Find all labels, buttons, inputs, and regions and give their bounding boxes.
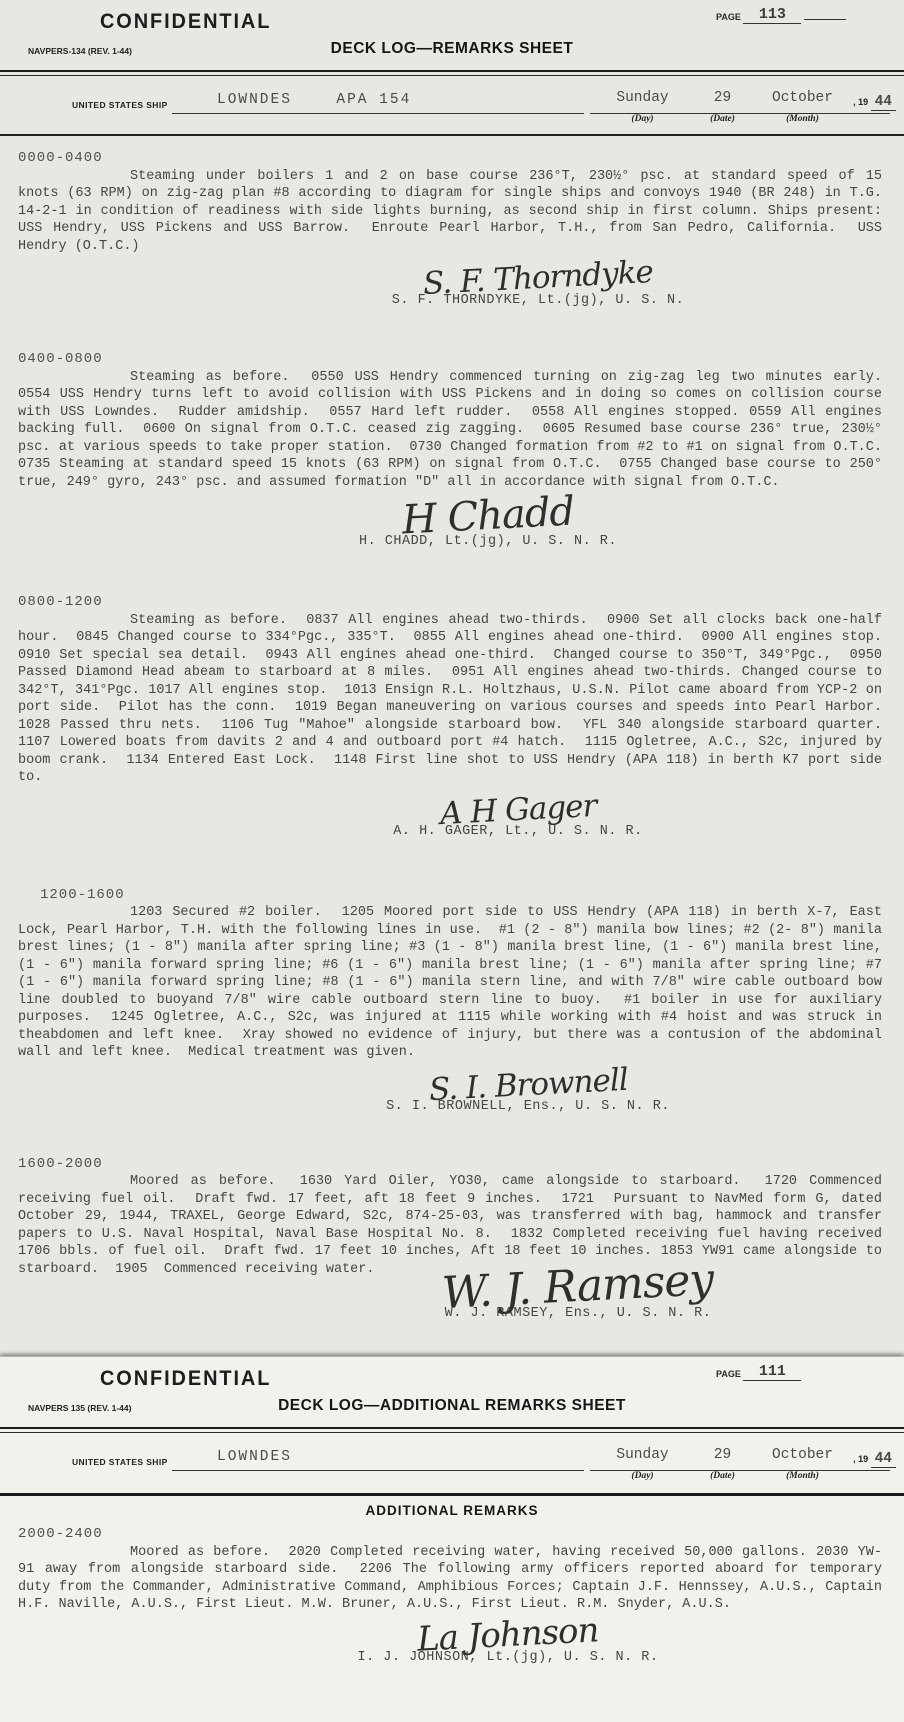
date-month-value: October (750, 1447, 855, 1470)
year-field: , 19 44 (853, 94, 896, 110)
log-text: Moored as before. 2020 Completed receivi… (18, 1544, 882, 1614)
year-field: , 19 44 (853, 1451, 896, 1467)
deck-log-remarks-page: CONFIDENTIAL PAGE 113 NAVPERS-134 (REV. … (0, 0, 904, 1356)
confidential-stamp: CONFIDENTIAL (100, 1367, 271, 1391)
year-value: 44 (871, 1451, 896, 1468)
year-value: 44 (871, 94, 896, 111)
page-label: PAGE (716, 12, 741, 22)
watch-entry-0800-1200: 0800-1200 Steaming as before. 0837 All e… (18, 594, 882, 841)
signature-script: S. I. Brownell (428, 1064, 628, 1104)
watch-heading: 1600-2000 (18, 1156, 882, 1174)
page1-log-body: 0000-0400 Steaming under boilers 1 and 2… (0, 150, 904, 1322)
log-text: Steaming as before. 0550 USS Hendry comm… (18, 369, 882, 492)
watch-entry-0400-0800: 0400-0800 Steaming as before. 0550 USS H… (18, 351, 882, 550)
watch-heading: 0400-0800 (18, 351, 882, 369)
ship-date-row: UNITED STATES SHIP LOWNDES Sunday 29 Oct… (0, 1447, 904, 1489)
header-bottom-rule (0, 134, 904, 136)
log-text: Moored as before. 1630 Yard Oiler, YO30,… (18, 1173, 882, 1278)
month-label: (Month) (750, 1471, 855, 1481)
page1-header: CONFIDENTIAL PAGE 113 NAVPERS-134 (REV. … (0, 0, 904, 136)
signature-script: La Johnson (417, 1615, 600, 1654)
document-title: DECK LOG—ADDITIONAL REMARKS SHEET (0, 1397, 904, 1415)
signature-script: H Chadd (401, 497, 574, 536)
page2-header: CONFIDENTIAL PAGE 111 NAVPERS 135 (REV. … (0, 1357, 904, 1518)
date-field: Sunday 29 October , 19 44 (Day) (Date) (… (590, 1447, 890, 1481)
date-labels: (Day) (Date) (Month) (590, 1471, 890, 1481)
page-number-field: PAGE 113 (716, 8, 876, 26)
signature-script: A H Gager (439, 790, 597, 828)
confidential-stamp: CONFIDENTIAL (100, 10, 271, 34)
page-number-field: PAGE 111 (716, 1365, 876, 1383)
signature-script: W. J. Ramsey (442, 1265, 714, 1309)
title-row: NAVPERS-134 (REV. 1-44) DECK LOG—REMARKS… (0, 40, 904, 62)
watch-heading: 1200-1600 (40, 887, 882, 905)
date-date-value: 29 (695, 1447, 750, 1470)
ship-label: UNITED STATES SHIP (72, 1457, 168, 1467)
watch-entry-1600-2000: 1600-2000 Moored as before. 1630 Yard Oi… (18, 1156, 882, 1323)
watch-heading: 0800-1200 (18, 594, 882, 612)
date-values: Sunday 29 October (590, 1447, 890, 1471)
date-date-value: 29 (695, 90, 750, 113)
year-prefix: , 19 (853, 1454, 868, 1464)
title-row: NAVPERS 135 (REV. 1-44) DECK LOG—ADDITIO… (0, 1397, 904, 1419)
date-labels: (Day) (Date) (Month) (590, 114, 890, 124)
ship-name-value: LOWNDES (172, 1449, 292, 1465)
ship-label: UNITED STATES SHIP (72, 100, 168, 110)
ship-name-field: LOWNDES (172, 1447, 584, 1471)
month-label: (Month) (750, 114, 855, 124)
double-rule (0, 1427, 904, 1433)
document-title: DECK LOG—REMARKS SHEET (0, 40, 904, 58)
double-rule (0, 70, 904, 76)
log-text: Steaming as before. 0837 All engines ahe… (18, 612, 882, 787)
log-text: 1203 Secured #2 boiler. 1205 Moored port… (18, 904, 882, 1062)
signature-block: La Johnson I. J. JOHNSON, Lt.(jg), U. S.… (278, 1620, 738, 1667)
day-label: (Day) (590, 1471, 695, 1481)
page2-log-body: 2000-2400 Moored as before. 2020 Complet… (0, 1526, 904, 1667)
log-text: Steaming under boilers 1 and 2 on base c… (18, 168, 882, 256)
header-bottom-rule (0, 1493, 904, 1496)
signature-block: A H Gager A. H. GAGER, Lt., U. S. N. R. (288, 795, 748, 841)
watch-heading: 0000-0400 (18, 150, 882, 168)
date-values: Sunday 29 October (590, 90, 890, 114)
ship-name-field: LOWNDES APA 154 (172, 90, 584, 114)
day-label: (Day) (590, 114, 695, 124)
page-label: PAGE (716, 1369, 741, 1379)
date-day-value: Sunday (590, 90, 695, 113)
signature-block: S. I. Brownell S. I. BROWNELL, Ens., U. … (298, 1070, 758, 1116)
page-number-value: 111 (743, 1363, 801, 1381)
watch-heading: 2000-2400 (18, 1526, 882, 1544)
watch-entry-2000-2400: 2000-2400 Moored as before. 2020 Complet… (18, 1526, 882, 1667)
deck-log-additional-remarks-page: CONFIDENTIAL PAGE 111 NAVPERS 135 (REV. … (0, 1356, 904, 1722)
signature-block: S. F. Thorndyke S. F. THORNDYKE, Lt.(jg)… (308, 263, 768, 309)
signature-block: W. J. Ramsey W. J. RAMSEY, Ens., U. S. N… (348, 1272, 808, 1322)
date-field: Sunday 29 October , 19 44 (Day) (Date) (… (590, 90, 890, 124)
ship-hull-value: APA 154 (296, 92, 411, 108)
ship-date-row: UNITED STATES SHIP LOWNDES APA 154 Sunda… (0, 90, 904, 132)
date-month-value: October (750, 90, 855, 113)
date-day-value: Sunday (590, 1447, 695, 1470)
date-label: (Date) (695, 1471, 750, 1481)
year-prefix: , 19 (853, 97, 868, 107)
signature-block: H Chadd H. CHADD, Lt.(jg), U. S. N. R. (258, 501, 718, 550)
ship-name-value: LOWNDES (172, 92, 292, 108)
watch-entry-0000-0400: 0000-0400 Steaming under boilers 1 and 2… (18, 150, 882, 309)
page-number-value: 113 (743, 6, 801, 24)
page-number-blank-line (804, 19, 846, 20)
watch-entry-1200-1600: 1200-1600 1203 Secured #2 boiler. 1205 M… (18, 887, 882, 1116)
date-label: (Date) (695, 114, 750, 124)
additional-remarks-section-title: ADDITIONAL REMARKS (0, 1503, 904, 1518)
